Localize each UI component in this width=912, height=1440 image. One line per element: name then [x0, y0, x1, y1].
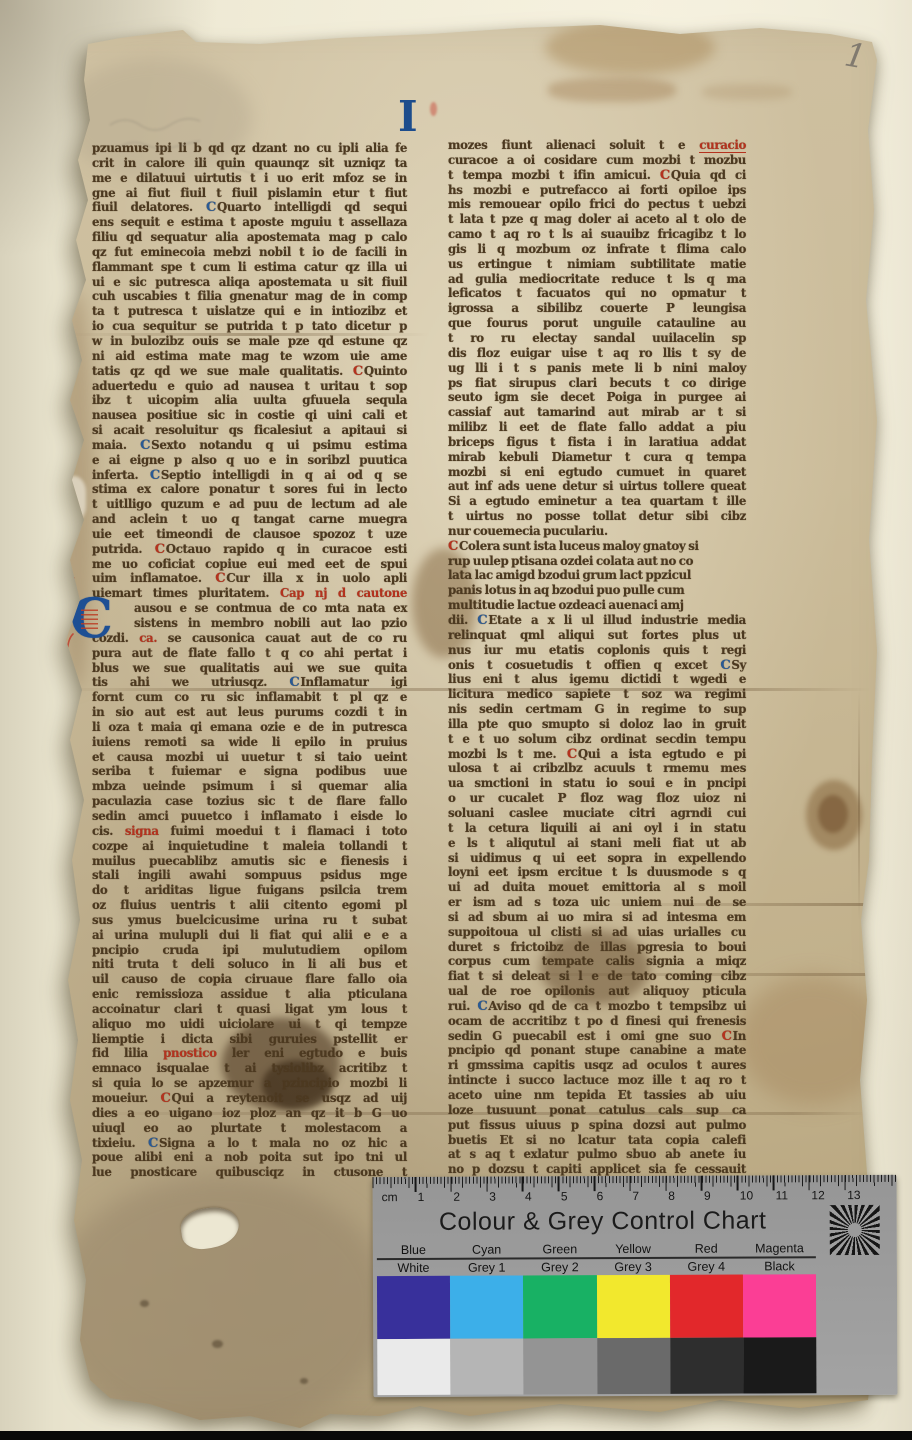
- manuscript-line: si ad sbum ai uo mira si ad intesma em: [448, 910, 746, 925]
- ghost-writing-smudge: [548, 78, 676, 102]
- ink-text: t ro ru electay sandal uuilacelin sp: [448, 331, 746, 345]
- manuscript-line: us ertingue t nimiam subtilitate matie: [448, 257, 746, 272]
- manuscript-line: sedin amci puuetco i inflamato i eisde l…: [92, 809, 407, 824]
- ink-text: moueiur.: [92, 1091, 161, 1105]
- ink-text: fiuil delatores.: [92, 200, 206, 214]
- ink-text: t uirtus no posse tollat detur sibi cibz: [448, 509, 746, 523]
- manuscript-line: tixieiu. CSigna a lo t mala no oz hic a: [92, 1136, 407, 1151]
- red-ink-mark: [430, 102, 437, 116]
- manuscript-line: mis remouear opilo frici do pectus t ueb…: [448, 197, 746, 212]
- ink-text: li oza t maia qi emana ozie e de in putr…: [92, 720, 407, 734]
- ink-text: panis lotus in aq bzodui puo pulle cum: [448, 583, 684, 597]
- manuscript-line: mirab kebuli Diametur t cura q tempa: [448, 450, 746, 465]
- red-rubric: pnostico: [163, 1046, 217, 1060]
- ink-text: e ai eigne p also q uo e in soribzl puut…: [92, 453, 407, 467]
- ink-text: me uo coficiat copiue eui med eet de spu…: [92, 557, 407, 571]
- ink-text: ocam de accritibz t po d finesi qui fren…: [448, 1014, 746, 1028]
- manuscript-line: mbza ueinde psimum i si quemar alia: [92, 779, 407, 794]
- manuscript-line: aut inf ads uene detur si uirtus tollere…: [448, 479, 746, 494]
- ink-text: uiuql eo ao plurtate t molestacom a: [92, 1121, 407, 1135]
- red-paraph-mark: C: [660, 168, 671, 183]
- ink-text: filiu qd sequatur alia apostemata mag p …: [92, 230, 407, 244]
- manuscript-line: suppoitoua ul clisti si ad uias urialles…: [448, 925, 746, 940]
- manuscript-line: rui. CAviso qd de ca t mozbo t tempsibz …: [448, 999, 746, 1014]
- manuscript-line: w in bulozibz ouis se male pze qd estune…: [92, 334, 407, 349]
- ink-text: inferta.: [92, 468, 150, 482]
- ruler-number: 13: [847, 1188, 860, 1202]
- ink-text: tixieiu.: [92, 1136, 148, 1150]
- ink-text: cis.: [92, 824, 125, 838]
- manuscript-line: cozdi. ca. se causonica cauat aut de co …: [92, 631, 407, 646]
- manuscript-line: do t ariditas ligue fuigans psilcia trem: [92, 883, 407, 898]
- ruler-tick: [844, 1175, 846, 1190]
- manuscript-line: nus iur mu etatis coplonis quis t regi: [448, 643, 746, 658]
- manuscript-line: duret s frictoibz de illas pgresia to bo…: [448, 940, 746, 955]
- ink-text: cassiaf aut tamarind aut mirab ar t si: [448, 405, 746, 419]
- ink-text: iuiens remoti sa wide li epilo in pruius: [92, 735, 407, 749]
- red-paraph-mark: C: [215, 571, 226, 586]
- manuscript-line: seuto igm sie decet Poiga in purgee ai: [448, 390, 746, 405]
- chart-label-grey-4: Grey 4: [670, 1260, 743, 1274]
- ink-text: sistens in membro nobili aut lao pzio: [134, 616, 407, 630]
- manuscript-line: maia. CSexto notandu q ui psimu estima: [92, 438, 407, 453]
- ink-text: ler eni egtudo e buis: [217, 1046, 407, 1060]
- ink-text: pura aut de flate fallo t q co ahi perta…: [92, 646, 407, 660]
- blue-paraph-mark: C: [148, 1136, 159, 1151]
- manuscript-line: t ro ru electay sandal uuilacelin sp: [448, 331, 746, 346]
- ink-text: buetis Et si no lcatur tata copia calefi: [448, 1133, 746, 1147]
- ruler-tick: [522, 1176, 524, 1191]
- ruler-tick: [558, 1176, 560, 1191]
- manuscript-line: ug lli i t s panis mete li b nini maloy: [448, 361, 746, 376]
- manuscript-line: inferta. CSeptio intelligdi in q ai od q…: [92, 468, 407, 483]
- ruler-tick: [665, 1176, 667, 1191]
- manuscript-line: panis lotus in aq bzodui puo pulle cum: [448, 583, 674, 598]
- ink-text: nis sedin certmam G in regime to sup: [448, 702, 746, 716]
- ink-text: sedin amci puuetco i inflamato i eisde l…: [92, 809, 407, 823]
- ink-text: ug lli i t s panis mete li b nini maloy: [448, 361, 746, 375]
- manuscript-line: mozes fiunt alienaci soluit t e curacio: [448, 138, 746, 153]
- ink-text: ps fiat sirupus clari becuts t co dirige: [448, 376, 746, 390]
- ink-text: tatis qz qd we sue male qualitatis.: [92, 364, 353, 378]
- ink-text: t tempa mozbi t ifin amicui.: [448, 168, 660, 182]
- ink-text: si acait resoluitur qs ficalesiut a apit…: [92, 423, 407, 437]
- ink-text: Signa a lo t mala no oz hic a: [159, 1136, 407, 1150]
- manuscript-line: muilus puecablibz amutis sic e fienesis …: [92, 854, 407, 869]
- ink-text: cozpe ai inquietudine t maleia tollandi …: [92, 839, 407, 853]
- manuscript-line: nis sedin certmam G in regime to sup: [448, 702, 746, 717]
- ruler-tick: [629, 1176, 631, 1191]
- ink-text: et causa mozbi ui uuetur t si taio ueint: [92, 750, 407, 764]
- manuscript-line: multitudie lactue ozdeaci auenaci amj: [448, 598, 674, 613]
- ink-text: lius eni t alus igemu dictidi t wgedi e: [448, 672, 746, 686]
- ruler-number: 10: [740, 1188, 753, 1202]
- ink-text: Qui a reytenoit se usqz ad uij: [172, 1091, 407, 1105]
- swatch-grey-4: [670, 1338, 743, 1394]
- ink-text: ad gulia mediocritate reduce t ls q ma: [448, 272, 746, 286]
- ruler-tick: [737, 1176, 739, 1191]
- chart-title: Colour & Grey Control Chart: [383, 1206, 823, 1237]
- manuscript-line: putrida. COctauo rapido q in curacoe est…: [92, 542, 407, 557]
- ink-text: mis remouear opilo frici do pectus t ueb…: [448, 197, 746, 211]
- manuscript-line: fiuil delatores. CQuarto intelligdi qd s…: [92, 200, 407, 215]
- swatch-grey-2: [524, 1338, 597, 1394]
- manuscript-line: filiu qd sequatur alia apostemata mag p …: [92, 230, 407, 245]
- ink-text: ibz t uicopim alia uulta gfuuela sequla: [92, 393, 407, 407]
- manuscript-line: ibz t uicopim alia uulta gfuuela sequla: [92, 393, 407, 408]
- manuscript-line: ulosa t ai cribzlbz acuuls t rmemu mes: [448, 761, 746, 776]
- manuscript-line: ni aid estima mate mag te wzom uie ame: [92, 349, 407, 364]
- chart-grey-labels-row: WhiteGrey 1Grey 2Grey 3Grey 4Black: [377, 1259, 816, 1274]
- chart-label-grey-1: Grey 1: [450, 1260, 523, 1274]
- ink-text: ua smctioni in statu io soui e in pncipi: [448, 776, 746, 790]
- ink-text: sus ymus buelcicusime urina ru t subat: [92, 913, 407, 927]
- manuscript-line: licitura medico sapiete t soz wa regimi: [448, 687, 746, 702]
- ink-text: paculazia case tozius sic t de flare fal…: [92, 794, 407, 808]
- ink-text: uil causo de copia ciruaue flare fallo o…: [92, 972, 407, 986]
- chart-label-grey-3: Grey 3: [596, 1260, 669, 1274]
- manuscript-line: milibz li eet de flate fallo addat a piu: [448, 420, 746, 435]
- ink-text: fornt cum co ru sic inflamabit t pl qz e: [92, 690, 407, 704]
- ink-text: nus iur mu etatis coplonis quis t regi: [448, 643, 746, 657]
- manuscript-line: lue pnosticare quibusciqz in ctusone t: [92, 1165, 407, 1180]
- manuscript-line: at s aq t exlatur pulmo sbuo ab anete iu: [448, 1147, 746, 1162]
- ink-text: ta t putresca t uislatze qui e in intioz…: [92, 304, 407, 318]
- ink-text: camo t aq ro t ls ai suauibz fricagibz t…: [448, 227, 746, 241]
- ink-text: nausea positiue sic in costie qi uini ca…: [92, 408, 407, 422]
- ink-text: mozbi ls t me.: [448, 747, 567, 761]
- chart-label-grey-2: Grey 2: [523, 1260, 596, 1274]
- photo-scene: I pzuamus ipi li b qd qz dzant no cu ipl…: [0, 0, 912, 1440]
- manuscript-line: flammant spe t cum li estima catur qz il…: [92, 260, 407, 275]
- manuscript-line: cozpe ai inquietudine t maleia tollandi …: [92, 839, 407, 854]
- ink-text: relinquat qml aliqui sut fortes plus ut: [448, 628, 746, 642]
- swatch-white: [377, 1339, 450, 1395]
- ink-text: er ism ad s toza uic uniem nui de se: [448, 895, 746, 909]
- siemens-star-icon: [830, 1205, 880, 1255]
- ink-text: uim inflamatoe.: [92, 571, 215, 585]
- ink-text: poue alibi eni a nob poita sut ipo tni u…: [92, 1150, 407, 1164]
- manuscript-line: pncipio qd ponant stupe canabine a mate: [448, 1043, 746, 1058]
- ink-text: o ur cucalet P floz wag floz uioz ni: [448, 791, 746, 805]
- manuscript-line: blus we sue qualitatis aui we sue quita: [92, 661, 407, 676]
- ink-text: uiemart times pluritatem.: [92, 586, 280, 600]
- swatch-grey-1: [450, 1338, 523, 1394]
- ink-text: nur couemecia puculariu.: [448, 524, 608, 538]
- manuscript-line: o ur cucalet P floz wag floz uioz ni: [448, 791, 746, 806]
- ink-text: aliquo mo uidi uiciolare ui t qi tempze: [92, 1017, 407, 1031]
- manuscript-line: curacoe a oi cosidare cum mozbi t mozbu: [448, 153, 746, 168]
- manuscript-line: uiemart times pluritatem. Cap nj d cauto…: [92, 586, 407, 601]
- ink-text: Colera sunt ista luceus maloy gnatoy si: [459, 539, 699, 553]
- ruler-number: 6: [597, 1189, 604, 1203]
- scribble-marks: [100, 95, 300, 190]
- manuscript-line: que fourus porut unguile catauline au: [448, 316, 746, 331]
- ink-text: fid lilia: [92, 1046, 163, 1060]
- ink-text: io cua sequitur se putrida t p tato dice…: [92, 319, 407, 333]
- manuscript-line: ual de roe opilonis aut aliquoy pticula: [448, 984, 746, 999]
- manuscript-line: uim inflamatoe. CCur illa x in uolo apli: [92, 571, 407, 586]
- ruler-number: 2: [453, 1190, 460, 1204]
- color-swatch-row: [377, 1274, 816, 1339]
- ink-text: corpus cum tempate calis signia a miqz: [448, 954, 746, 968]
- manuscript-line: mozbi ls t me. CQui a ista egtudo e pi: [448, 747, 746, 762]
- manuscript-line: igrossa a sibilibz couerte P leungisa: [448, 301, 746, 316]
- manuscript-line: relinquat qml aliqui sut fortes plus ut: [448, 628, 746, 643]
- manuscript-line: cuh uscabies t filia gnenatur mag de in …: [92, 289, 407, 304]
- manuscript-line: fiat t si deleat si l e de tato coming c…: [448, 969, 746, 984]
- ruler-tick: [808, 1175, 810, 1190]
- red-paraph-mark: C: [448, 539, 459, 554]
- ink-text: ui e sic putresca aliqa apostemata u sit…: [92, 275, 407, 289]
- ink-text: w in bulozibz ouis se male pze qd estune…: [92, 334, 407, 348]
- manuscript-line: t uitlligo quzum e ad puu de lectum ad a…: [92, 497, 407, 512]
- ink-text: e ls t aliqutul ai stani meli fiat ut ab: [448, 836, 746, 850]
- manuscript-line: li oza t maia qi emana ozie e de in putr…: [92, 720, 407, 735]
- ink-text: curacoe a oi cosidare cum mozbi t mozbu: [448, 153, 746, 167]
- ruler-number: 12: [811, 1188, 824, 1202]
- ink-text: cuh uscabies t filia gnenatur mag de in …: [92, 289, 407, 303]
- manuscript-line: aduertedu e quio ad nausea t uritau t so…: [92, 379, 407, 394]
- chart-label-magenta: Magenta: [743, 1241, 816, 1255]
- ink-text: multitudie lactue ozdeaci auenaci amj: [448, 598, 684, 612]
- ink-text: liemptie i dicta sibi guruies pstellit e…: [92, 1032, 407, 1046]
- ink-text: lue pnosticare quibusciqz in ctusone t: [92, 1165, 407, 1179]
- ink-text: intincte i succo lactuce moz ille t aq r…: [448, 1073, 746, 1087]
- blue-paraph-mark: C: [289, 675, 300, 690]
- manuscript-line: loyni eet ipsm ercitue t ls duusmode s q: [448, 865, 746, 880]
- speckle: [140, 1300, 149, 1307]
- ruler-number: 7: [632, 1189, 639, 1203]
- red-paraph-mark: C: [353, 364, 364, 379]
- red-paraph-mark: C: [155, 542, 166, 557]
- red-rubric: ca.: [139, 631, 157, 645]
- manuscript-line: t e t uo solum cibz ordinat secdin tempu: [448, 732, 746, 747]
- ink-text: loyni eet ipsm ercitue t ls duusmode s q: [448, 865, 746, 879]
- ink-text: ui ad duita mouet emittoria al s moil: [448, 880, 746, 894]
- ink-text: stali ingili awahi sompuus psidus mge: [92, 868, 407, 882]
- speckle: [300, 1378, 308, 1384]
- chart-label-blue: Blue: [377, 1243, 450, 1257]
- red-paraph-mark: C: [567, 747, 578, 762]
- ink-text: Si a egtudo eminetur a tea quartam t ill…: [448, 494, 746, 508]
- ink-text: ual de roe opilonis aut aliquoy pticula: [448, 984, 746, 998]
- ink-text: ai urina mulupli dui li fiat qui alii e …: [92, 928, 407, 942]
- manuscript-line: seriba t fuiemar e signa podibus uue: [92, 764, 407, 779]
- manuscript-line: corpus cum tempate calis signia a miqz: [448, 954, 746, 969]
- manuscript-line: aliquo mo uidi uiciolare ui t qi tempze: [92, 1017, 407, 1032]
- red-paraph-mark: C: [161, 1091, 172, 1106]
- manuscript-line: liemptie i dicta sibi guruies pstellit e…: [92, 1032, 407, 1047]
- ink-text: Inflamatur igi: [300, 675, 407, 689]
- manuscript-line: ausou e se contmua de co mta nata ex: [92, 601, 407, 616]
- manuscript-line: dis floz euigar uise t aq ro llis t sy d…: [448, 346, 746, 361]
- ink-text: si quia lo se apzemur a pzincipio mozbi …: [92, 1076, 407, 1090]
- ink-text: at s aq t exlatur pulmo sbuo ab anete iu: [448, 1147, 746, 1161]
- manuscript-line: si quia lo se apzemur a pzincipio mozbi …: [92, 1076, 407, 1091]
- manuscript-line: ui ad duita mouet emittoria al s moil: [448, 880, 746, 895]
- ink-text: aceto uine nm tepida Et tassies ab uiu: [448, 1088, 746, 1102]
- ink-text: seriba t fuiemar e signa podibus uue: [92, 764, 407, 778]
- stain: [818, 795, 848, 833]
- manuscript-line: and aclein t uo q tangat carne muegra: [92, 512, 407, 527]
- ink-text: Sy: [731, 658, 746, 672]
- manuscript-line: moueiur. CQui a reytenoit se usqz ad uij: [92, 1091, 407, 1106]
- ink-text: se causonica cauat aut de co ru: [157, 631, 407, 645]
- ink-text: mozbi si eni egtudo cumuet in quaret: [448, 465, 746, 479]
- ink-text: gis li q mozbum oz infrate t flima calo: [448, 242, 746, 256]
- manuscript-line: rup uulep ptisana ozdei colata aut no co: [448, 554, 674, 569]
- swatch-magenta: [743, 1274, 816, 1337]
- ink-text: si uidimus q ui eet sopra in expellendo: [448, 851, 746, 865]
- ruler-tick: [594, 1176, 596, 1191]
- manuscript-line: pncipio cruda ipi mulutudiem opilom: [92, 943, 407, 958]
- ink-text: dies a eo uigano ioz ploz an qz it b G u…: [92, 1106, 407, 1120]
- manuscript-line: fid lilia pnostico ler eni egtudo e buis: [92, 1046, 407, 1061]
- manuscript-line: lius eni t alus igemu dictidi t wgedi e: [448, 672, 746, 687]
- ink-text: ens sequit e estima t aposte mguiu t ass…: [92, 215, 407, 229]
- manuscript-line: niti truta t deli soluco in li ali bus e…: [92, 957, 407, 972]
- manuscript-line: illa pte quo smupto si doloz lao in grui…: [448, 717, 746, 732]
- manuscript-line: Si a egtudo eminetur a tea quartam t ill…: [448, 494, 746, 509]
- ink-text: Quinto: [364, 364, 407, 378]
- ink-text: rui.: [448, 999, 477, 1013]
- manuscript-line: buetis Et si no lcatur tata copia calefi: [448, 1133, 746, 1148]
- ink-text: fiat t si deleat si l e de tato coming c…: [448, 969, 746, 983]
- text-column-left: pzuamus ipi li b qd qz dzant no cu ipli …: [92, 141, 407, 1180]
- manuscript-line: CColera sunt ista luceus maloy gnatoy si: [448, 539, 674, 554]
- ink-text: do t ariditas ligue fuigans psilcia trem: [92, 883, 407, 897]
- ink-text: mirab kebuli Diametur t cura q tempa: [448, 450, 746, 464]
- speckle: [212, 1340, 223, 1348]
- ink-text: no p dozsu t capiti applicet sia fe cess…: [448, 1162, 746, 1176]
- chart-label-red: Red: [670, 1242, 743, 1256]
- ink-text: ausou e se contmua de co mta nata ex: [134, 601, 407, 615]
- manuscript-line: uie eet timeondi de clausoe spozoz t uze: [92, 527, 407, 542]
- ink-text: fuimi moedui t i flamaci i toto: [159, 824, 407, 838]
- ruler-tick: [415, 1177, 417, 1192]
- manuscript-line: ai urina mulupli dui li fiat qui alii e …: [92, 928, 407, 943]
- ink-text: mozes fiunt alienaci soluit t e: [448, 138, 699, 152]
- text-column-right: mozes fiunt alienaci soluit t e curacioc…: [448, 138, 746, 1192]
- ink-text: putrida.: [92, 542, 155, 556]
- red-paraph-mark: C: [722, 1029, 733, 1044]
- manuscript-line: io cua sequitur se putrida t p tato dice…: [92, 319, 407, 334]
- manuscript-line: pura aut de flate fallo t q co ahi perta…: [92, 646, 407, 661]
- blue-paraph-mark: C: [720, 658, 731, 673]
- chart-label-white: White: [377, 1261, 450, 1275]
- manuscript-line: t la cetura liquili ai ani oyl i in stat…: [448, 821, 746, 836]
- ink-text: stima ex calore ponatur t sores fui in l…: [92, 482, 407, 496]
- manuscript-line: sistens in membro nobili aut lao pzio: [92, 616, 407, 631]
- manuscript-line: fornt cum co ru sic inflamabit t pl qz e: [92, 690, 407, 705]
- ink-text: us ertingue t nimiam subtilitate matie: [448, 257, 746, 271]
- manuscript-line: si acait resoluitur qs ficalesiut a apit…: [92, 423, 407, 438]
- ink-text: t e t uo solum cibz ordinat secdin tempu: [448, 732, 746, 746]
- blue-paraph-mark: C: [477, 999, 488, 1014]
- ink-text: dis floz euigar uise t aq ro llis t sy d…: [448, 346, 746, 360]
- swatch-blue: [377, 1276, 450, 1339]
- swatch-green: [523, 1275, 596, 1338]
- manuscript-line: soluani caslee muciate citri agrndi cui: [448, 806, 746, 821]
- manuscript-line: dii. CEtate a x li ul illud industrie me…: [448, 613, 746, 628]
- manuscript-line: briceps figus t fista i in laratiua adda…: [448, 435, 746, 450]
- crease-line: [858, 690, 860, 920]
- manuscript-line: ens sequit e estima t aposte mguiu t ass…: [92, 215, 407, 230]
- ink-text: briceps figus t fista i in laratiua adda…: [448, 435, 746, 449]
- ink-text: si ad sbum ai uo mira si ad intesma em: [448, 910, 746, 924]
- chart-label-black: Black: [743, 1259, 816, 1273]
- swatch-red: [670, 1275, 743, 1338]
- ink-text: ri gmssima capitis usqz ad oculos t aure…: [448, 1058, 746, 1072]
- manuscript-line: iuiens remoti sa wide li epilo in pruius: [92, 735, 407, 750]
- chart-label-yellow: Yellow: [596, 1242, 669, 1256]
- manuscript-line: hs mozbi e putrefacco ai forti opiloe ip…: [448, 183, 746, 198]
- ink-text: sedin G puecabil est i omi gne suo: [448, 1029, 722, 1043]
- manuscript-line: poue alibi eni a nob poita sut ipo tni u…: [92, 1150, 407, 1165]
- ink-text: enic remissioza assidue t alia pticulana: [92, 987, 407, 1001]
- ink-text: mbza ueinde psimum i si quemar alia: [92, 779, 407, 793]
- ink-text: lata lac amigd bzodui grum lact ppzicul: [448, 568, 691, 582]
- ink-text: leficatos t facuatos qui no opmatur t: [448, 286, 746, 300]
- manuscript-line: t tempa mozbi t ifin amicui. CQuia qd ci: [448, 168, 746, 183]
- manuscript-line: ua smctioni in statu io soui e in pncipi: [448, 776, 746, 791]
- ink-text: rup uulep ptisana ozdei colata aut no co: [448, 554, 693, 568]
- manuscript-line: onis t cosuetudis t offien q excet CSy: [448, 658, 746, 673]
- ink-text: Septio intelligdi in q ai od q se: [161, 468, 407, 482]
- manuscript-line: loze tusuunt ponat catulus cals sup ca: [448, 1103, 746, 1118]
- ruler-number: 11: [776, 1188, 789, 1202]
- manuscript-line: uiuql eo ao plurtate t molestacom a: [92, 1121, 407, 1136]
- ink-text: in sio aut est aut leus purums cozdi t i…: [92, 705, 407, 719]
- manuscript-line: mozbi si eni egtudo cumuet in quaret: [448, 465, 746, 480]
- ink-text: hs mozbi e putrefacco ai forti opiloe ip…: [448, 183, 746, 197]
- manuscript-line: nur couemecia puculariu.: [448, 524, 674, 539]
- manuscript-line: aceto uine nm tepida Et tassies ab uiu: [448, 1088, 746, 1103]
- blue-paraph-mark: C: [477, 613, 488, 628]
- manuscript-line: stali ingili awahi sompuus psidus mge: [92, 868, 407, 883]
- manuscript-line: in sio aut est aut leus purums cozdi t i…: [92, 705, 407, 720]
- ink-text: que fourus porut unguile catauline au: [448, 316, 746, 330]
- ink-text: oz fluius uentris t alii citento egomi p…: [92, 898, 407, 912]
- ink-text: ulosa t ai cribzlbz acuuls t rmemu mes: [448, 761, 746, 775]
- stain: [545, 20, 715, 75]
- manuscript-line: paculazia case tozius sic t de flare fal…: [92, 794, 407, 809]
- ink-text: ni aid estima mate mag te wzom uie ame: [92, 349, 407, 363]
- manuscript-line: nausea positiue sic in costie qi uini ca…: [92, 408, 407, 423]
- manuscript-line: intincte i succo lactuce moz ille t aq r…: [448, 1073, 746, 1088]
- manuscript-line: si uidimus q ui eet sopra in expellendo: [448, 851, 746, 866]
- manuscript-line: dies a eo uigano ioz ploz an qz it b G u…: [92, 1106, 407, 1121]
- manuscript-line: gis li q mozbum oz infrate t flima calo: [448, 242, 746, 257]
- ink-text: illa pte quo smupto si doloz lao in grui…: [448, 717, 746, 731]
- manuscript-line: ps fiat sirupus clari becuts t co dirige: [448, 376, 746, 391]
- ruler-tick: [450, 1177, 452, 1192]
- ruler-number: 5: [561, 1189, 568, 1203]
- ink-text: emnaco isqualae t ai tysiolibz acritibz …: [92, 1061, 407, 1075]
- color-chart: cm 12345678910111213 Colour & Grey Contr…: [373, 1175, 898, 1397]
- manuscript-line: er ism ad s toza uic uniem nui de se: [448, 895, 746, 910]
- ink-text: Octauo rapido q in curacoe esti: [166, 542, 407, 556]
- ink-text: tis ahi we utriusqz.: [92, 675, 289, 689]
- manuscript-line: cassiaf aut tamarind aut mirab ar t si: [448, 405, 746, 420]
- ink-text: aduertedu e quio ad nausea t uritau t so…: [92, 379, 407, 393]
- ink-text: pncipio cruda ipi mulutudiem opilom: [92, 943, 407, 957]
- manuscript-line: ta t putresca t uislatze qui e in intioz…: [92, 304, 407, 319]
- ink-text: Aviso qd de ca t mozbo t tempsibz ui: [488, 999, 746, 1013]
- ink-text: onis t cosuetudis t offien q excet: [448, 658, 720, 672]
- swatch-black: [743, 1337, 816, 1393]
